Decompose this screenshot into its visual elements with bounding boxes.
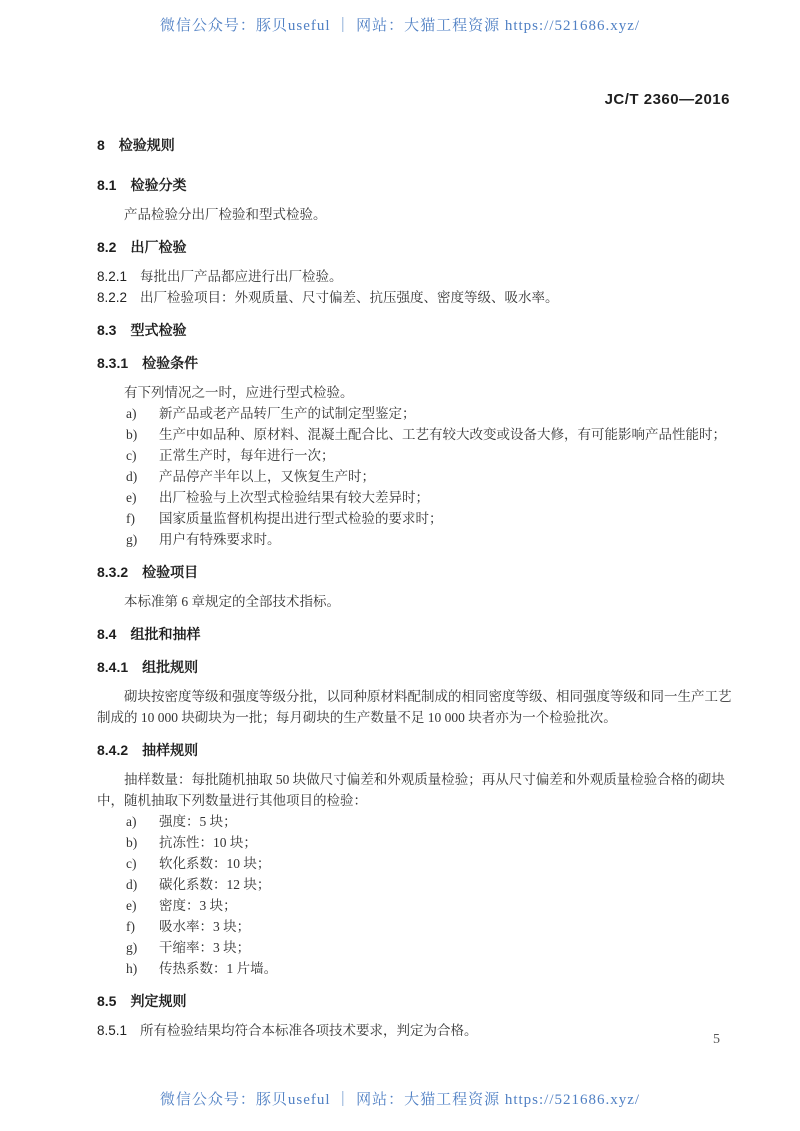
list-item-label: g) xyxy=(126,529,159,550)
list-item: g)用户有特殊要求时。 xyxy=(97,529,737,550)
heading-number: 8.1 xyxy=(97,177,116,193)
list-item: d)碳化系数：12 块； xyxy=(97,874,737,895)
list-item-text: 强度：5 块； xyxy=(159,811,737,832)
list-item: h)传热系数：1 片墙。 xyxy=(97,958,737,979)
list-item: e)密度：3 块； xyxy=(97,895,737,916)
document-page: 微信公众号：豚贝useful ｜ 网站：大猫工程资源 https://52168… xyxy=(0,0,800,1131)
heading-title: 判定规则 xyxy=(130,993,186,1009)
list-item: a)新产品或老产品转厂生产的试制定型鉴定； xyxy=(97,403,737,424)
clause-text: 每批出厂产品都应进行出厂检验。 xyxy=(140,269,343,284)
clause-8.5.1: 8.5.1所有检验结果均符合本标准各项技术要求，判定为合格。 xyxy=(97,1020,737,1041)
list-item-text: 正常生产时，每年进行一次； xyxy=(159,445,737,466)
list-item: a)强度：5 块； xyxy=(97,811,737,832)
list-item-label: f) xyxy=(126,508,159,529)
list-item: e)出厂检验与上次型式检验结果有较大差异时； xyxy=(97,487,737,508)
heading-8: 8检验规则 xyxy=(97,135,737,156)
heading-title: 检验项目 xyxy=(142,564,198,580)
heading-title: 出厂检验 xyxy=(130,239,186,255)
heading-8.3.1: 8.3.1检验条件 xyxy=(97,353,737,374)
heading-number: 8.2 xyxy=(97,239,116,255)
paragraph: 抽样数量：每批随机抽取 50 块做尺寸偏差和外观质量检验；再从尺寸偏差和外观质量… xyxy=(97,769,737,811)
heading-title: 检验条件 xyxy=(142,355,198,371)
clause-8.2.2: 8.2.2出厂检验项目：外观质量、尺寸偏差、抗压强度、密度等级、吸水率。 xyxy=(97,287,737,308)
list-item: c)软化系数：10 块； xyxy=(97,853,737,874)
list-item-text: 传热系数：1 片墙。 xyxy=(159,958,737,979)
heading-number: 8.4.2 xyxy=(97,742,128,758)
clause-number: 8.5.1 xyxy=(97,1023,127,1038)
list-item-text: 吸水率：3 块； xyxy=(159,916,737,937)
clause-text: 所有检验结果均符合本标准各项技术要求，判定为合格。 xyxy=(140,1023,478,1038)
list-item-label: d) xyxy=(126,466,159,487)
heading-8.3.2: 8.3.2检验项目 xyxy=(97,562,737,583)
list-item: f)国家质量监督机构提出进行型式检验的要求时； xyxy=(97,508,737,529)
list-item-text: 国家质量监督机构提出进行型式检验的要求时； xyxy=(159,508,737,529)
list-item-text: 软化系数：10 块； xyxy=(159,853,737,874)
document-body: 8检验规则8.1检验分类产品检验分出厂检验和型式检验。8.2出厂检验8.2.1每… xyxy=(97,135,737,1041)
clause-number: 8.2.1 xyxy=(97,269,127,284)
clause-text: 出厂检验项目：外观质量、尺寸偏差、抗压强度、密度等级、吸水率。 xyxy=(140,290,559,305)
list-item-text: 密度：3 块； xyxy=(159,895,737,916)
heading-title: 检验规则 xyxy=(119,137,175,153)
heading-8.2: 8.2出厂检验 xyxy=(97,237,737,258)
list-item: b)生产中如品种、原材料、混凝土配合比、工艺有较大改变或设备大修，有可能影响产品… xyxy=(97,424,737,445)
list-item-text: 抗冻性：10 块； xyxy=(159,832,737,853)
list-item-label: e) xyxy=(126,895,159,916)
list-item-text: 新产品或老产品转厂生产的试制定型鉴定； xyxy=(159,403,737,424)
clause-8.2.1: 8.2.1每批出厂产品都应进行出厂检验。 xyxy=(97,266,737,287)
heading-8.3: 8.3型式检验 xyxy=(97,320,737,341)
paragraph: 本标准第 6 章规定的全部技术指标。 xyxy=(97,591,737,612)
list-item-text: 产品停产半年以上，又恢复生产时； xyxy=(159,466,737,487)
heading-number: 8.5 xyxy=(97,993,116,1009)
heading-number: 8.4.1 xyxy=(97,659,128,675)
list-item: f)吸水率：3 块； xyxy=(97,916,737,937)
heading-title: 抽样规则 xyxy=(142,742,198,758)
heading-title: 检验分类 xyxy=(130,177,186,193)
heading-title: 组批规则 xyxy=(142,659,198,675)
paragraph: 产品检验分出厂检验和型式检验。 xyxy=(97,204,737,225)
heading-8.4.2: 8.4.2抽样规则 xyxy=(97,740,737,761)
list-item-label: e) xyxy=(126,487,159,508)
list-item-label: b) xyxy=(126,424,159,445)
list-item-text: 干缩率：3 块； xyxy=(159,937,737,958)
heading-8.4.1: 8.4.1组批规则 xyxy=(97,657,737,678)
paragraph: 砌块按密度等级和强度等级分批，以同种原材料配制成的相同密度等级、相同强度等级和同… xyxy=(97,686,737,728)
list-item-text: 碳化系数：12 块； xyxy=(159,874,737,895)
list-item-label: c) xyxy=(126,445,159,466)
heading-number: 8.3 xyxy=(97,322,116,338)
list-item-text: 出厂检验与上次型式检验结果有较大差异时； xyxy=(159,487,737,508)
heading-title: 组批和抽样 xyxy=(130,626,200,642)
list-item-label: a) xyxy=(126,403,159,424)
page-number: 5 xyxy=(713,1032,720,1048)
list-item-label: f) xyxy=(126,916,159,937)
heading-8.4: 8.4组批和抽样 xyxy=(97,624,737,645)
list-item: g)干缩率：3 块； xyxy=(97,937,737,958)
list-item: b)抗冻性：10 块； xyxy=(97,832,737,853)
standard-number: JC/T 2360—2016 xyxy=(605,91,730,108)
header-watermark: 微信公众号：豚贝useful ｜ 网站：大猫工程资源 https://52168… xyxy=(0,14,800,35)
list-item-label: a) xyxy=(126,811,159,832)
list-item-label: d) xyxy=(126,874,159,895)
clause-number: 8.2.2 xyxy=(97,290,127,305)
list-item-label: b) xyxy=(126,832,159,853)
paragraph: 有下列情况之一时，应进行型式检验。 xyxy=(97,382,737,403)
heading-number: 8.3.2 xyxy=(97,564,128,580)
heading-title: 型式检验 xyxy=(130,322,186,338)
list-item-text: 生产中如品种、原材料、混凝土配合比、工艺有较大改变或设备大修，有可能影响产品性能… xyxy=(159,424,737,445)
list-item-text: 用户有特殊要求时。 xyxy=(159,529,737,550)
list-item-label: h) xyxy=(126,958,159,979)
list-item: d)产品停产半年以上，又恢复生产时； xyxy=(97,466,737,487)
footer-watermark: 微信公众号：豚贝useful ｜ 网站：大猫工程资源 https://52168… xyxy=(0,1088,800,1109)
list-item-label: g) xyxy=(126,937,159,958)
heading-number: 8.4 xyxy=(97,626,116,642)
heading-8.5: 8.5判定规则 xyxy=(97,991,737,1012)
heading-8.1: 8.1检验分类 xyxy=(97,175,737,196)
heading-number: 8.3.1 xyxy=(97,355,128,371)
list-item: c)正常生产时，每年进行一次； xyxy=(97,445,737,466)
list-item-label: c) xyxy=(126,853,159,874)
heading-number: 8 xyxy=(97,137,105,153)
